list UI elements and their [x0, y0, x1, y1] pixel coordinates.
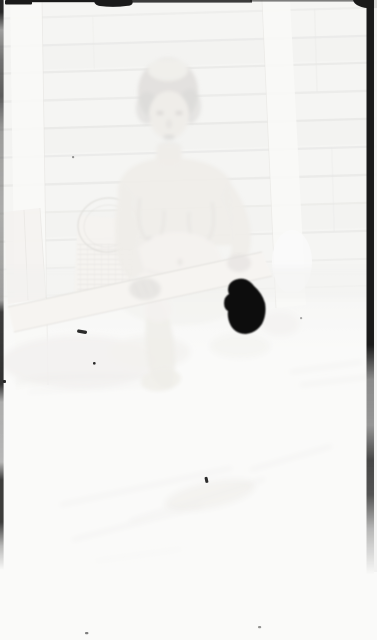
ground-lump-right — [210, 334, 270, 358]
film-edge-top-blob — [94, 0, 133, 7]
person-navel — [178, 259, 183, 265]
person-mouth — [163, 134, 175, 139]
film-edge-left — [0, 0, 4, 600]
person-nose-shadow — [166, 119, 172, 129]
film-edge-right — [367, 0, 375, 575]
photo-speck — [93, 362, 96, 365]
person-ear-right — [188, 114, 194, 124]
film-edge-top-segment — [5, 0, 32, 5]
person-hair-highlight — [148, 59, 188, 81]
photo-speck — [300, 317, 302, 319]
person-face — [149, 91, 189, 139]
photo-speck — [258, 626, 261, 628]
person-eye-right — [175, 111, 183, 116]
film-edge-top-segment — [250, 0, 356, 2]
blot-shadow-smudge — [261, 312, 299, 336]
film-edge-top-segment — [30, 0, 96, 2]
faded-photograph — [0, 0, 377, 640]
person-eye-left — [156, 111, 164, 116]
person-ear-left — [145, 114, 151, 124]
photo-speck — [72, 156, 74, 158]
photo-canvas — [0, 0, 377, 640]
film-edge-top-segment — [130, 0, 252, 3]
person-hand-right — [227, 254, 251, 272]
photo-speck — [85, 632, 88, 634]
